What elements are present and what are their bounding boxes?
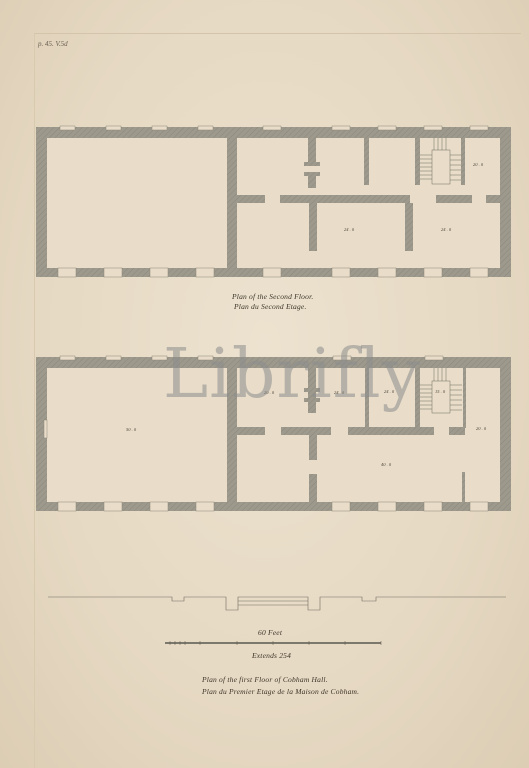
svg-text:24 . 0: 24 . 0 [384, 389, 395, 394]
svg-text:24 . 0: 24 . 0 [334, 390, 345, 395]
svg-text:20 . 0: 20 . 0 [473, 162, 484, 167]
scale-label-top: 60 Feet [258, 628, 282, 637]
svg-text:20 . 0: 20 . 0 [476, 426, 487, 431]
first-floor-plan: 50 . 0 20 . 0 24 . 0 24 . 0 15 . 0 40 . … [36, 356, 511, 511]
svg-text:24 . 0: 24 . 0 [344, 227, 355, 232]
svg-text:20 . 0: 20 . 0 [264, 390, 275, 395]
steps-outline [48, 597, 506, 610]
second-floor-caption-en: Plan of the Second Floor. [232, 292, 313, 301]
paper-sheet: p. 45. V.5d [0, 0, 529, 768]
first-floor-caption-en: Plan of the first Floor of Cobham Hall. [202, 675, 328, 684]
svg-text:40 . 0: 40 . 0 [381, 462, 392, 467]
svg-text:50 . 0: 50 . 0 [126, 427, 137, 432]
svg-text:15 . 0: 15 . 0 [435, 389, 446, 394]
scale-label-bottom: Extends 254 [252, 651, 291, 660]
second-floor-caption-fr: Plan du Second Etage. [234, 302, 307, 311]
scale-bar [165, 641, 381, 645]
svg-text:24 . 0: 24 . 0 [441, 227, 452, 232]
first-floor-caption-fr: Plan du Premier Etage de la Maison de Co… [202, 687, 359, 696]
second-floor-plan: 24 . 0 24 . 0 20 . 0 [36, 126, 511, 277]
